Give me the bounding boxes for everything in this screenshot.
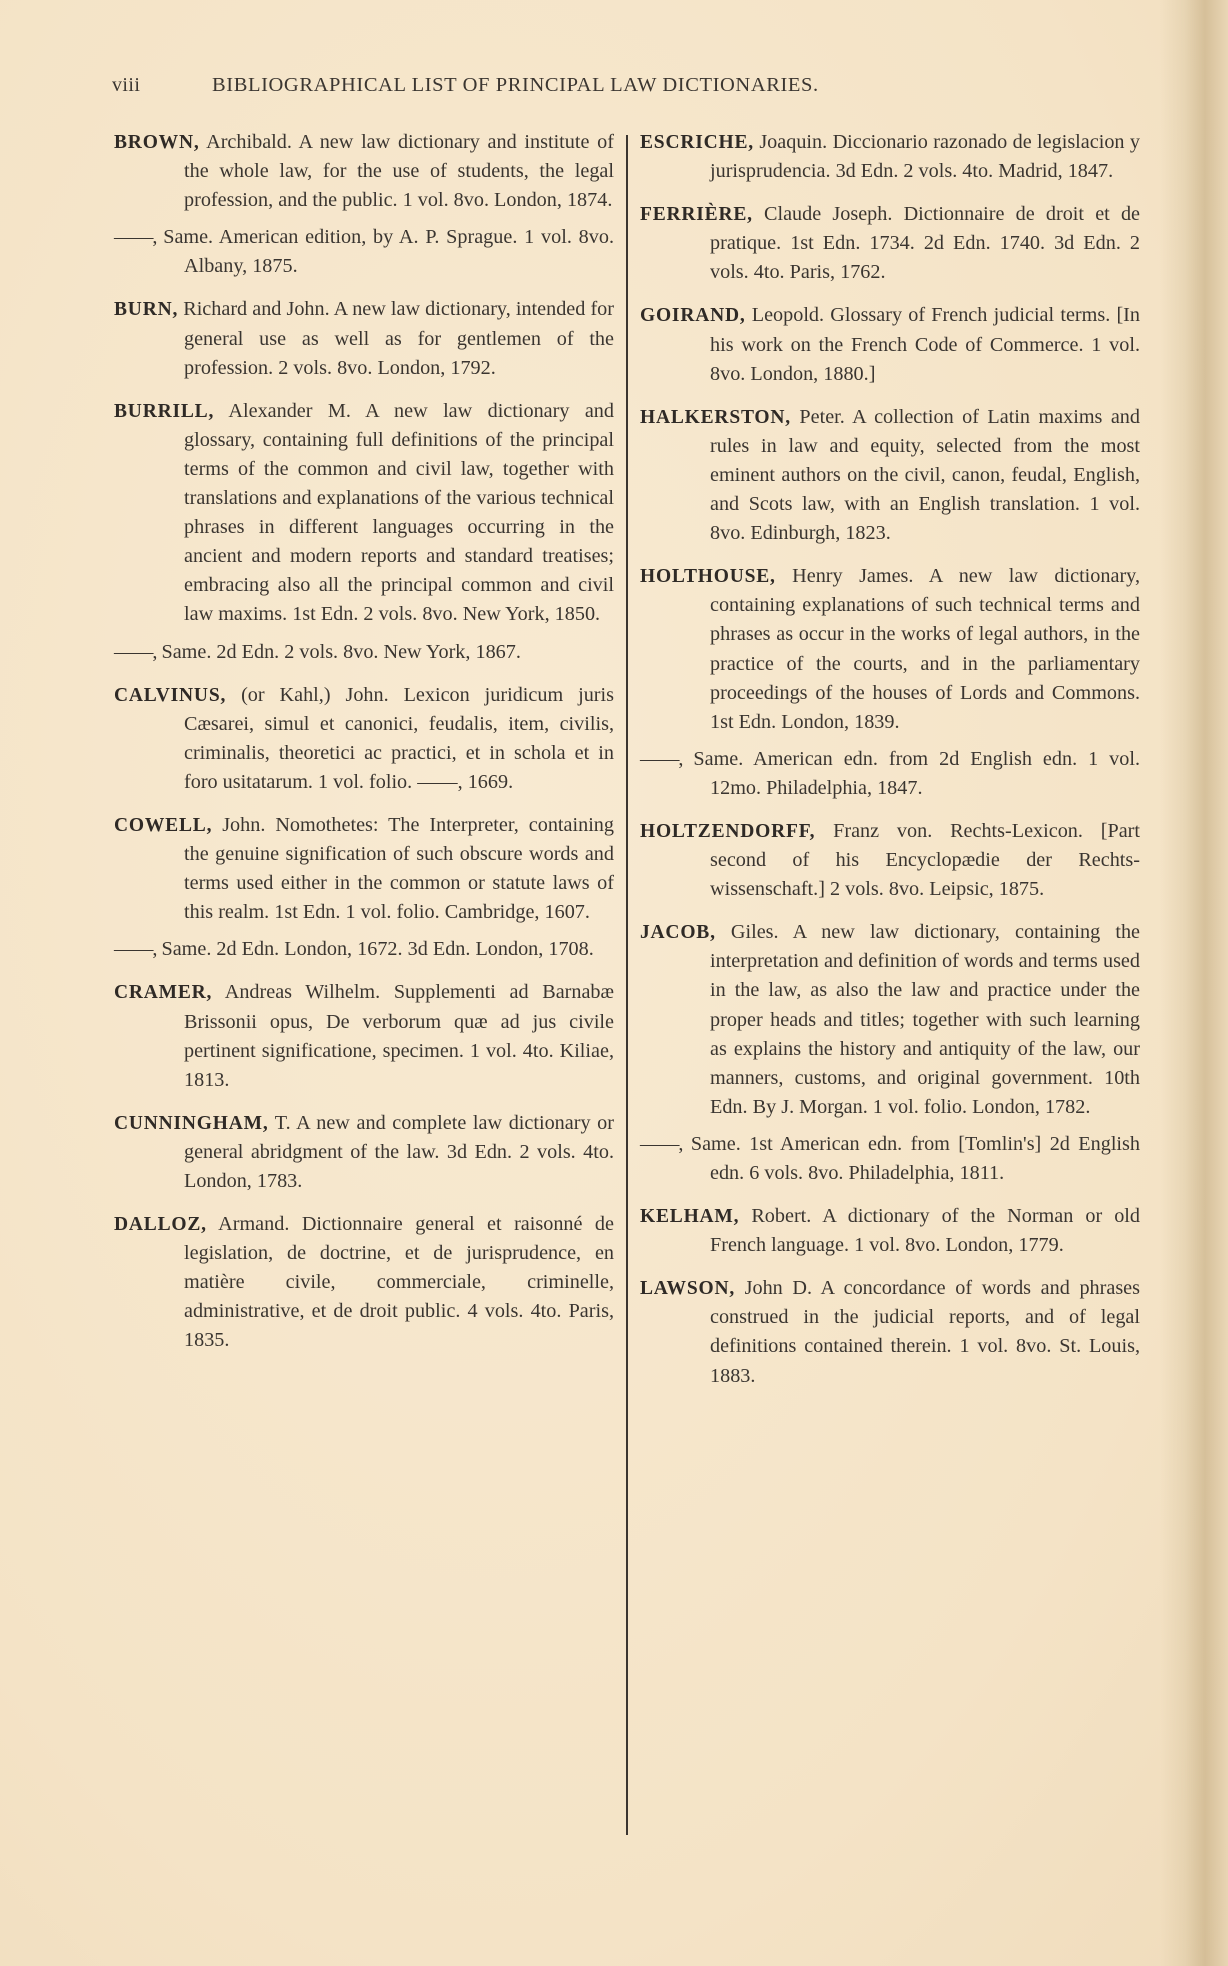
entry-brown-same: ——, Same. American edition, by A. P. Spr… [114,223,614,281]
entry-text: Archibald. A new law dictionary and inst… [184,131,614,211]
entry-text: Joaquin. Diccionario razonado de legisla… [710,131,1140,182]
entry-burrill-same: ——, Same. 2d Edn. 2 vols. 8vo. New York,… [114,638,614,667]
entry-goirand: GOIRAND, Leopold. Glossary of French jud… [640,301,1140,388]
entry-text: Claude Joseph. Dictionnaire de droit et … [710,203,1140,283]
entry-dalloz: DALLOZ, Armand. Dictionnaire general et … [114,1210,614,1355]
headword: CUNNINGHAM, [114,1113,269,1134]
ditto-dash: ——, [114,226,156,248]
headword: HOLTHOUSE, [640,566,776,587]
entry-text: Leopold. Glossary of French judicial ter… [710,304,1140,384]
headword: BROWN, [114,132,200,153]
entry-cunningham: CUNNINGHAM, T. A new and complete law di… [114,1109,614,1196]
entry-text: Giles. A new law dictionary, containing … [710,921,1140,1118]
ditto-dash: ——, [640,748,682,770]
entry-burrill: BURRILL, Alexander M. A new law dictiona… [114,397,614,630]
entry-cowell: COWELL, John. Nomothetes: The Interprete… [114,811,614,927]
entry-text: Same. American edn. from 2d English edn.… [682,748,1140,799]
headword: HALKERSTON, [640,407,791,428]
entry-text: Henry James. A new law dictionary, conta… [710,565,1140,732]
entry-escriche: ESCRICHE, Joaquin. Diccionario razonado … [640,128,1140,186]
page-title: BIBLIOGRAPHICAL LIST OF PRINCIPAL LAW DI… [212,74,819,97]
entry-cowell-same: ——, Same. 2d Edn. London, 1672. 3d Edn. … [114,935,614,964]
headword: ESCRICHE, [640,132,754,153]
headword: HOLTZENDORFF, [640,821,815,842]
entry-text: Richard and John. A new law dictionary, … [178,298,614,378]
headword: LAWSON, [640,1278,735,1299]
entry-text: Robert. A dictionary of the Norman or ol… [710,1205,1140,1256]
entry-text: John D. A concordance of words and phras… [710,1277,1140,1386]
running-head: viii BIBLIOGRAPHICAL LIST OF PRINCIPAL L… [112,74,1112,106]
headword: GOIRAND, [640,305,746,326]
entry-text: Same. 1st American edn. from [Tomlin's] … [682,1133,1140,1184]
entry-text: John. Nomothetes: The Interpreter, conta… [184,814,614,923]
entry-burn: BURN, Richard and John. A new law dictio… [114,295,614,382]
book-page: viii BIBLIOGRAPHICAL LIST OF PRINCIPAL L… [0,0,1228,1966]
entry-text: Same. 2d Edn. London, 1672. 3d Edn. Lond… [156,938,593,960]
entry-text: Alexander M. A new law dictionary and gl… [184,400,614,626]
column-divider [626,135,628,1835]
entry-holthouse-same: ——, Same. American edn. from 2d English … [640,745,1140,803]
headword: CRAMER, [114,982,212,1003]
entry-text: Same. 2d Edn. 2 vols. 8vo. New York, 186… [156,641,521,663]
entry-jacob: JACOB, Giles. A new law dictionary, cont… [640,918,1140,1122]
entry-text: (or Kahl,) John. Lexicon juridicum juris… [184,684,614,793]
left-column: BROWN, Archibald. A new law dictionary a… [114,128,614,1370]
entry-jacob-same: ——, Same. 1st American edn. from [Tomlin… [640,1130,1140,1188]
entry-text: Andreas Wilhelm. Supplementi ad Barnabæ … [184,981,614,1090]
entry-holthouse: HOLTHOUSE, Henry James. A new law dictio… [640,562,1140,737]
ditto-dash: ——, [640,1133,682,1155]
entry-brown: BROWN, Archibald. A new law dictionary a… [114,128,614,215]
headword: COWELL, [114,815,212,836]
headword: KELHAM, [640,1206,739,1227]
entry-text: Armand. Dictionnaire general et raisonné… [184,1213,614,1351]
entry-text: Same. American edition, by A. P. Sprague… [156,226,614,277]
headword: JACOB, [640,922,716,943]
headword: CALVINUS, [114,685,226,706]
page-number: viii [112,74,212,97]
headword: BURN, [114,299,178,320]
entry-calvinus: CALVINUS, (or Kahl,) John. Lexicon jurid… [114,681,614,797]
entry-lawson: LAWSON, John D. A concordance of words a… [640,1274,1140,1390]
entry-kelham: KELHAM, Robert. A dictionary of the Norm… [640,1202,1140,1260]
entry-halkerston: HALKERSTON, Peter. A collection of Latin… [640,403,1140,548]
headword: DALLOZ, [114,1214,207,1235]
right-column: ESCRICHE, Joaquin. Diccionario razonado … [640,128,1140,1405]
entry-holtzendorff: HOLTZENDORFF, Franz von. Rechts-Lexicon.… [640,817,1140,904]
headword: BURRILL, [114,401,214,422]
ditto-dash: ——, [114,641,156,663]
ditto-dash: ——, [114,938,156,960]
headword: FERRIÈRE, [640,204,753,225]
entry-cramer: CRAMER, Andreas Wilhelm. Supplementi ad … [114,978,614,1094]
entry-ferriere: FERRIÈRE, Claude Joseph. Dictionnaire de… [640,200,1140,287]
